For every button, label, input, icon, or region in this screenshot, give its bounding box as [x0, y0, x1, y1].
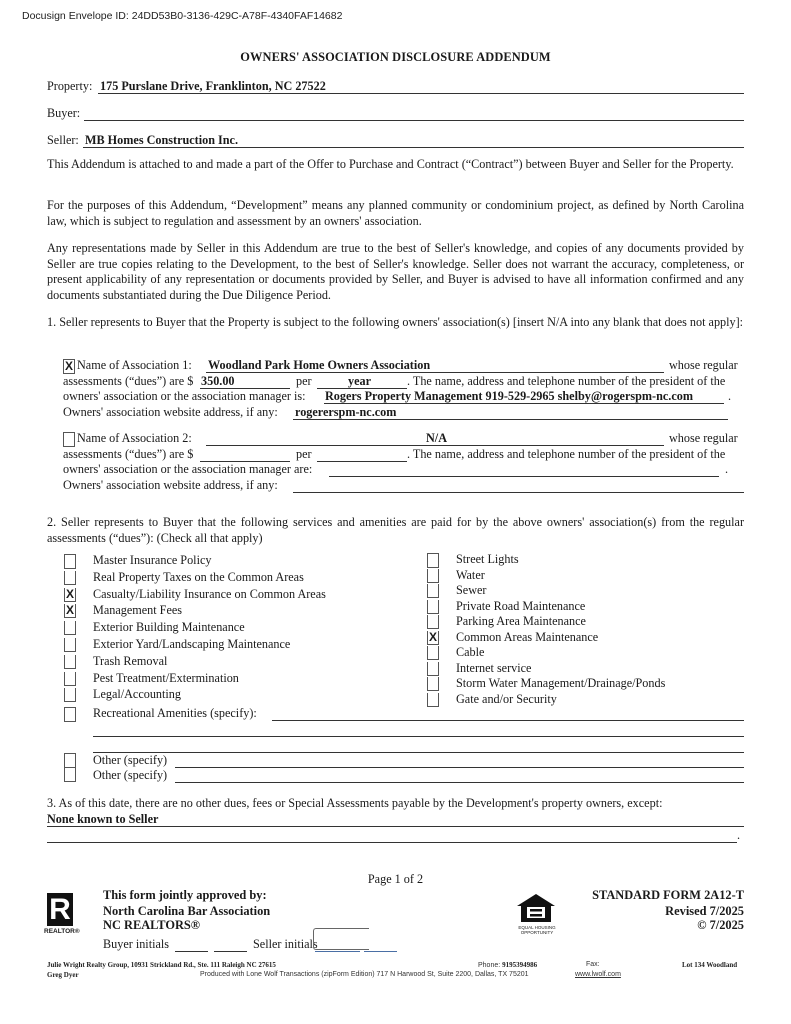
association-1-website-field[interactable]: rogererspm-nc.com [295, 405, 396, 420]
association-1-name-label: Name of Association 1: [77, 358, 192, 373]
association-1-dues-field[interactable]: 350.00 [201, 374, 235, 389]
service-right-checkbox-8[interactable] [427, 662, 439, 676]
buyer-initials-label: Buyer initials [103, 937, 169, 952]
buyer-label: Buyer: [47, 106, 80, 121]
association-2-whose-regular: whose regular [669, 431, 738, 446]
other-1-checkbox[interactable] [64, 753, 76, 768]
association-1-manager-label: owners' association or the association m… [63, 389, 306, 404]
form-name: STANDARD FORM 2A12-T [592, 888, 744, 903]
service-left-checkbox-6[interactable] [64, 638, 76, 652]
section3-field[interactable]: None known to Seller [47, 812, 158, 827]
service-right-checkbox-10[interactable] [427, 693, 439, 707]
service-right-checkbox-2[interactable] [427, 569, 439, 583]
other-2-label: Other (specify) [93, 768, 167, 783]
association-1-president-text: . The name, address and telephone number… [407, 374, 725, 389]
seller-initials-label: Seller initials [253, 937, 318, 952]
association-1-whose-regular: whose regular [669, 358, 738, 373]
buyer-underline [84, 120, 744, 121]
service-left-checkbox-5[interactable] [64, 621, 76, 635]
association-2-dues-label: assessments (“dues”) are $ [63, 447, 193, 462]
recreational-amenities-line-2[interactable] [93, 736, 744, 737]
service-left-checkbox-4[interactable]: X [64, 604, 76, 618]
service-right-label-2: Water [456, 568, 485, 583]
phone-label: Phone: [478, 962, 500, 969]
service-right-checkbox-4[interactable] [427, 600, 439, 614]
service-left-checkbox-1[interactable] [64, 554, 76, 569]
service-right-label-9: Storm Water Management/Drainage/Ponds [456, 676, 665, 691]
association-1-name-field[interactable]: Woodland Park Home Owners Association [208, 358, 430, 373]
service-left-label-8: Pest Treatment/Extermination [93, 671, 239, 686]
service-left-label-7: Trash Removal [93, 654, 167, 669]
service-right-checkbox-5[interactable] [427, 615, 439, 629]
agent-name: Greg Dyer [47, 971, 79, 979]
envelope-id: Docusign Envelope ID: 24DD53B0-3136-429C… [22, 10, 342, 22]
realtor-logo: R [47, 893, 73, 926]
service-left-checkbox-7[interactable] [64, 655, 76, 669]
representations-paragraph: Any representations made by Seller in th… [47, 241, 744, 303]
lot-identifier: Lot 134 Woodland [682, 961, 737, 969]
association-1-dues-label: assessments (“dues”) are $ [63, 374, 193, 389]
equal-housing-icon [516, 893, 556, 923]
other-1-label: Other (specify) [93, 753, 167, 768]
buyer-initials-field-2[interactable] [214, 951, 247, 952]
service-right-checkbox-6[interactable]: X [427, 631, 439, 645]
service-left-checkbox-8[interactable] [64, 672, 76, 686]
association-2-name-field[interactable]: N/A [426, 431, 447, 446]
association-2-president-text: . The name, address and telephone number… [407, 447, 725, 462]
association-1-per-field[interactable]: year [348, 374, 371, 389]
association-2-name-label: Name of Association 2: [77, 431, 192, 446]
period-mark: . [728, 389, 731, 404]
service-right-label-8: Internet service [456, 661, 531, 676]
brokerage-info: Julie Wright Realty Group, 10931 Strickl… [47, 961, 276, 969]
service-right-label-7: Cable [456, 645, 484, 660]
seller-initials-signature-box[interactable] [313, 928, 369, 950]
other-2-field[interactable] [175, 782, 744, 783]
service-left-label-3: Casualty/Liability Insurance on Common A… [93, 587, 326, 602]
service-left-label-5: Exterior Building Maintenance [93, 620, 245, 635]
service-left-checkbox-3[interactable]: X [64, 588, 76, 602]
service-right-checkbox-7[interactable] [427, 646, 439, 660]
recreational-amenities-checkbox[interactable] [64, 707, 76, 722]
page-number: Page 1 of 2 [0, 872, 791, 887]
association-2-website-underline [293, 492, 744, 493]
service-left-label-9: Legal/Accounting [93, 687, 181, 702]
service-left-checkbox-9[interactable] [64, 688, 76, 702]
association-1-website-label: Owners' association website address, if … [63, 405, 278, 420]
association-1-checkbox[interactable]: X [63, 359, 75, 374]
association-2-per-label: per [296, 447, 312, 462]
bar-association-text: North Carolina Bar Association [103, 904, 270, 919]
document-title: OWNERS' ASSOCIATION DISCLOSURE ADDENDUM [0, 50, 791, 65]
realtor-r-icon: R [47, 893, 73, 926]
service-left-label-4: Management Fees [93, 603, 182, 618]
service-right-checkbox-1[interactable] [427, 553, 439, 568]
service-right-checkbox-9[interactable] [427, 677, 439, 691]
service-right-checkbox-3[interactable] [427, 584, 439, 598]
service-right-label-10: Gate and/or Security [456, 692, 557, 707]
association-2-per-underline [317, 461, 407, 462]
form-revised: Revised 7/2025 [665, 904, 744, 919]
buyer-initials-field-1[interactable] [175, 951, 208, 952]
addendum-intro-paragraph: This Addendum is attached to and made a … [47, 157, 744, 173]
section3-underline-2[interactable] [47, 842, 737, 843]
service-left-label-1: Master Insurance Policy [93, 553, 211, 568]
service-left-label-6: Exterior Yard/Landscaping Maintenance [93, 637, 290, 652]
property-field[interactable]: 175 Purslane Drive, Franklinton, NC 2752… [100, 79, 326, 94]
service-right-label-3: Sewer [456, 583, 486, 598]
association-2-checkbox[interactable] [63, 432, 75, 447]
recreational-amenities-field[interactable] [272, 720, 744, 721]
section1-intro: 1. Seller represents to Buyer that the P… [47, 315, 744, 331]
recreational-amenities-label: Recreational Amenities (specify): [93, 706, 257, 721]
section3-intro: 3. As of this date, there are no other d… [47, 796, 744, 812]
recreational-amenities-line-3[interactable] [93, 752, 744, 753]
period-mark: . [725, 462, 728, 477]
association-2-manager-underline [329, 476, 719, 477]
service-right-label-4: Private Road Maintenance [456, 599, 585, 614]
association-2-website-label: Owners' association website address, if … [63, 478, 278, 493]
period-mark: . [737, 828, 740, 843]
service-right-label-1: Street Lights [456, 552, 519, 567]
development-definition-paragraph: For the purposes of this Addendum, “Deve… [47, 198, 744, 229]
service-left-checkbox-2[interactable] [64, 571, 76, 585]
lwolf-link[interactable]: www.lwolf.com [575, 971, 621, 978]
property-label: Property: [47, 79, 92, 94]
form-copyright: © 7/2025 [697, 918, 744, 933]
other-2-checkbox[interactable] [64, 768, 76, 782]
service-right-label-5: Parking Area Maintenance [456, 614, 586, 629]
phone-info: Phone: 9195394986 [478, 961, 537, 969]
nc-realtors-text: NC REALTORS® [103, 918, 200, 933]
produced-with-text: Produced with Lone Wolf Transactions (zi… [200, 971, 529, 978]
phone-value: 9195394986 [502, 961, 537, 969]
association-1-manager-field[interactable]: Rogers Property Management 919-529-2965 … [325, 389, 693, 404]
seller-label: Seller: [47, 133, 79, 148]
association-1-per-label: per [296, 374, 312, 389]
seller-field[interactable]: MB Homes Construction Inc. [85, 133, 238, 148]
other-1-field[interactable] [175, 767, 744, 768]
equal-housing-text: EQUAL HOUSING OPPORTUNITY [512, 925, 562, 935]
approved-by-text: This form jointly approved by: [103, 888, 267, 903]
seller-initials-field-2[interactable] [364, 951, 397, 952]
fax-label: Fax: [586, 961, 600, 968]
service-right-label-6: Common Areas Maintenance [456, 630, 598, 645]
realtor-logo-text: REALTOR® [44, 928, 80, 935]
section2-intro: 2. Seller represents to Buyer that the f… [47, 515, 744, 546]
service-left-label-2: Real Property Taxes on the Common Areas [93, 570, 304, 585]
association-2-manager-label: owners' association or the association m… [63, 462, 312, 477]
seller-initials-field-1[interactable] [315, 951, 360, 952]
